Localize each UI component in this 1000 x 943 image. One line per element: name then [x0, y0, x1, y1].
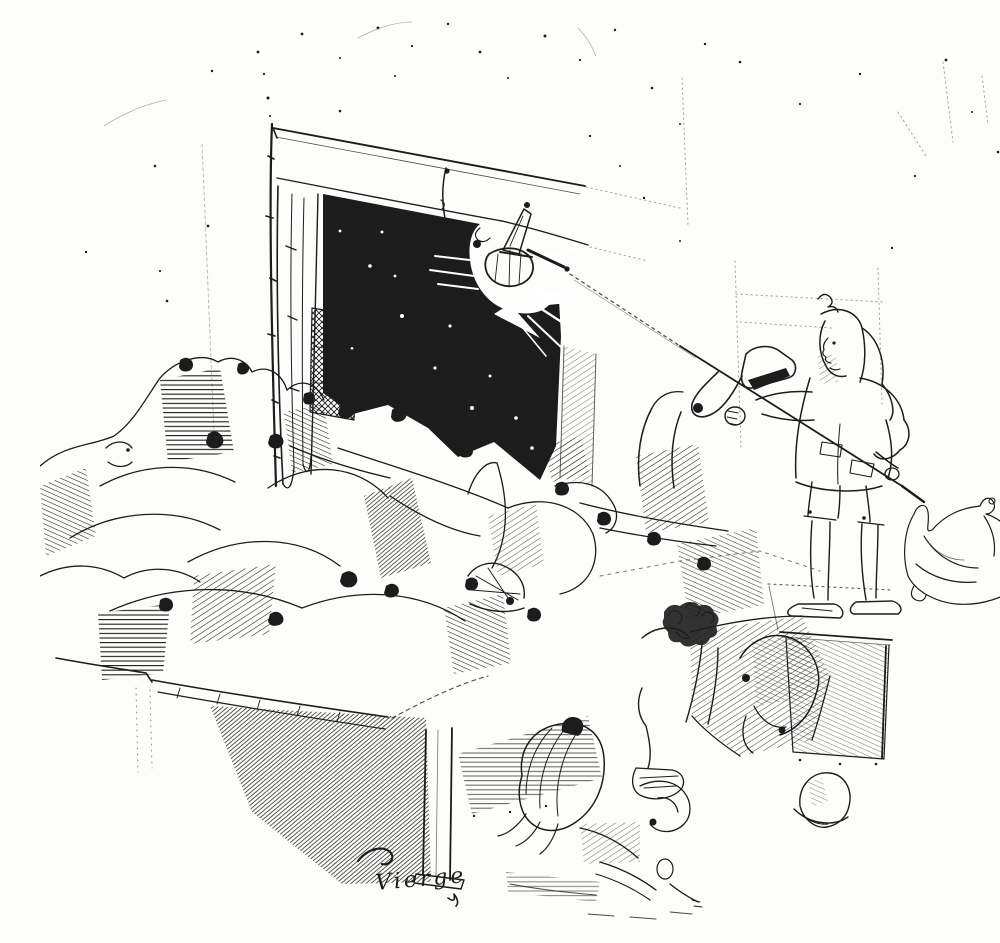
bridge-arm: [640, 781, 690, 831]
saddle-cloth: [905, 498, 1000, 604]
illustration: Vierge: [40, 16, 1000, 927]
doorway-dark: [323, 194, 596, 486]
helmet: [794, 773, 850, 827]
left-arm: [725, 391, 814, 425]
signature-tail: [448, 894, 458, 906]
coat: [796, 378, 892, 491]
pole: [570, 274, 924, 502]
shoes: [788, 601, 901, 618]
sandal-foot: [633, 768, 684, 799]
paper-scratches: [104, 22, 596, 126]
ground-strokes: [588, 912, 692, 919]
stockings: [811, 521, 878, 600]
background-architecture: [586, 62, 988, 448]
table-shadow: [210, 706, 431, 884]
crate: [310, 308, 358, 420]
